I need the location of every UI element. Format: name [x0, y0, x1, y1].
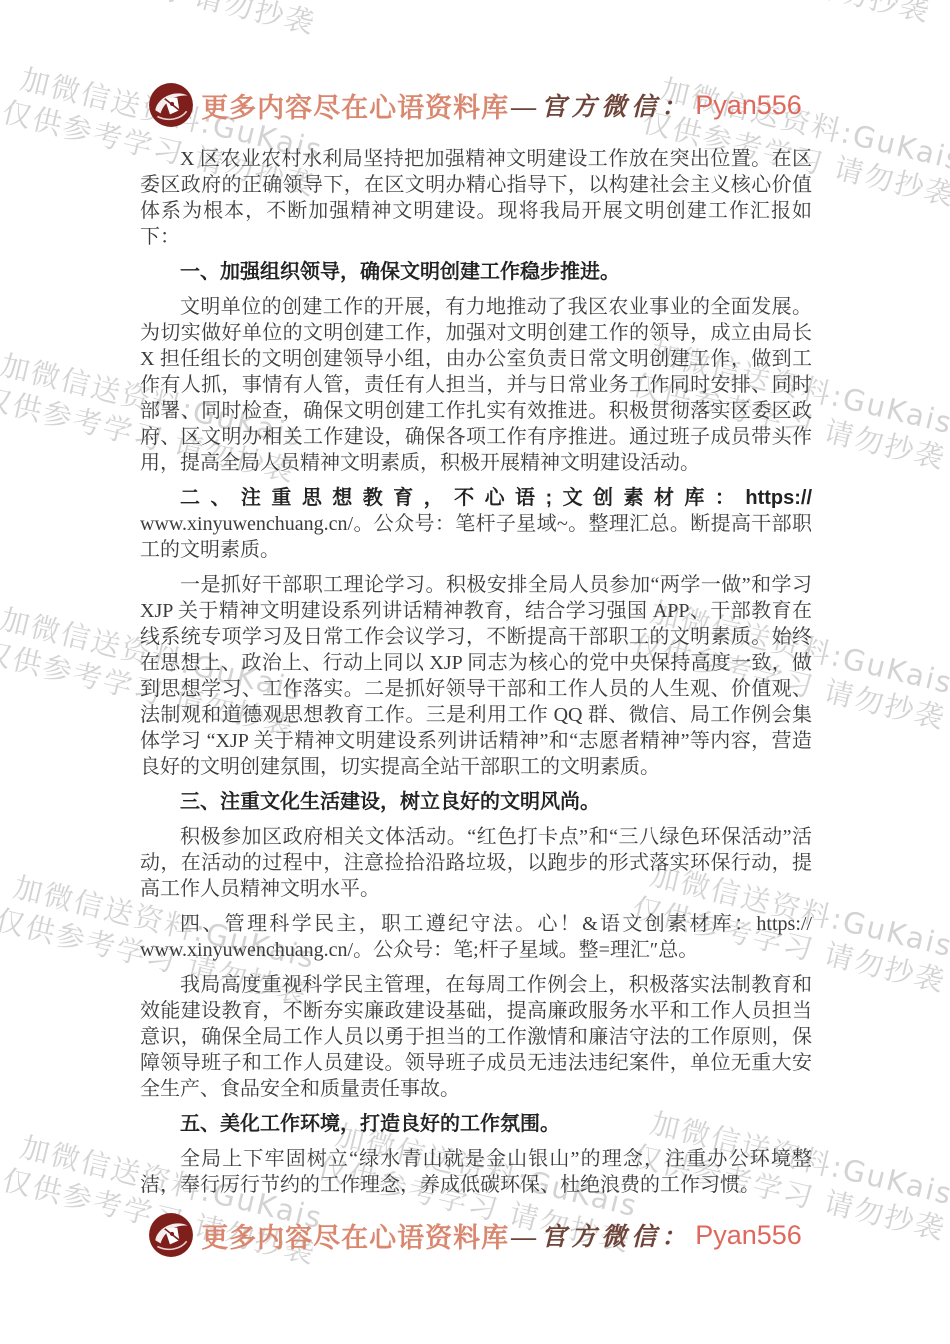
document-text: X 区农业农村水利局坚持把加强精神文明建设工作放在突出位置。在区委区政府的正确领… [140, 146, 812, 1207]
heading-4: 四、管理科学民主，职工遵纪守法。心！&语文创素材库：https:// [140, 911, 812, 937]
pen-nib-circle-icon [148, 82, 194, 128]
section-3-paragraph: 积极参加区政府相关文体活动。“红色打卡点”和“三八绿色环保活动”活动，在活动的过… [140, 824, 812, 902]
section-1-paragraph: 文明单位的创建工作的开展，有力地推动了我区农业事业的全面发展。为切实做好单位的文… [140, 294, 812, 476]
heading-5: 五、美化工作环境，打造良好的工作氛围。 [140, 1111, 812, 1137]
document-page: { "brand": { "main": "更多内容尽在心语资料库", "lab… [0, 0, 950, 1344]
heading-2: 二、注重思想教育，不心语;文创素材库：https:// [140, 485, 812, 511]
intro-paragraph: X 区农业农村水利局坚持把加强精神文明建设工作放在突出位置。在区委区政府的正确领… [140, 146, 812, 250]
document-body: 更多内容尽在心语资料库—官方微信：Pyan556 X 区农业农村水利局坚持把加强… [0, 0, 950, 1344]
brand-wechat-account: Pyan556 [695, 1220, 802, 1251]
brand-wechat-account: Pyan556 [695, 90, 802, 121]
heading-2-continuation: www.xinyuwenchuang.cn/。公众号：笔杆子星域~。整理汇总。断… [140, 511, 812, 563]
section-2-paragraph: 一是抓好干部职工理论学习。积极安排全局人员参加“两学一做”和学习 XJP 关于精… [140, 572, 812, 780]
heading-3: 三、注重文化生活建设，树立良好的文明风尚。 [140, 789, 812, 815]
heading-4-continuation: www.xinyuwenchuang.cn/。公众号：笔;杆子星域。整=理汇″总… [140, 937, 812, 963]
brand-title: 更多内容尽在心语资料库 [201, 1216, 509, 1255]
brand-wechat-label: —官方微信： [511, 87, 691, 123]
header-brand-banner: 更多内容尽在心语资料库—官方微信：Pyan556 [0, 82, 950, 128]
footer-brand-banner: 更多内容尽在心语资料库—官方微信：Pyan556 [0, 1212, 950, 1258]
section-5-paragraph: 全局上下牢固树立“绿水青山就是金山银山”的理念，注重办公环境整洁，奉行厉行节约的… [140, 1146, 812, 1198]
brand-title: 更多内容尽在心语资料库 [201, 86, 509, 125]
brand-wechat-label: —官方微信： [511, 1217, 691, 1253]
pen-nib-circle-icon [148, 1212, 194, 1258]
heading-1: 一、加强组织领导，确保文明创建工作稳步推进。 [140, 259, 812, 285]
section-4-paragraph: 我局高度重视科学民主管理，在每周工作例会上，积极落实法制教育和效能建设教育，不断… [140, 972, 812, 1102]
